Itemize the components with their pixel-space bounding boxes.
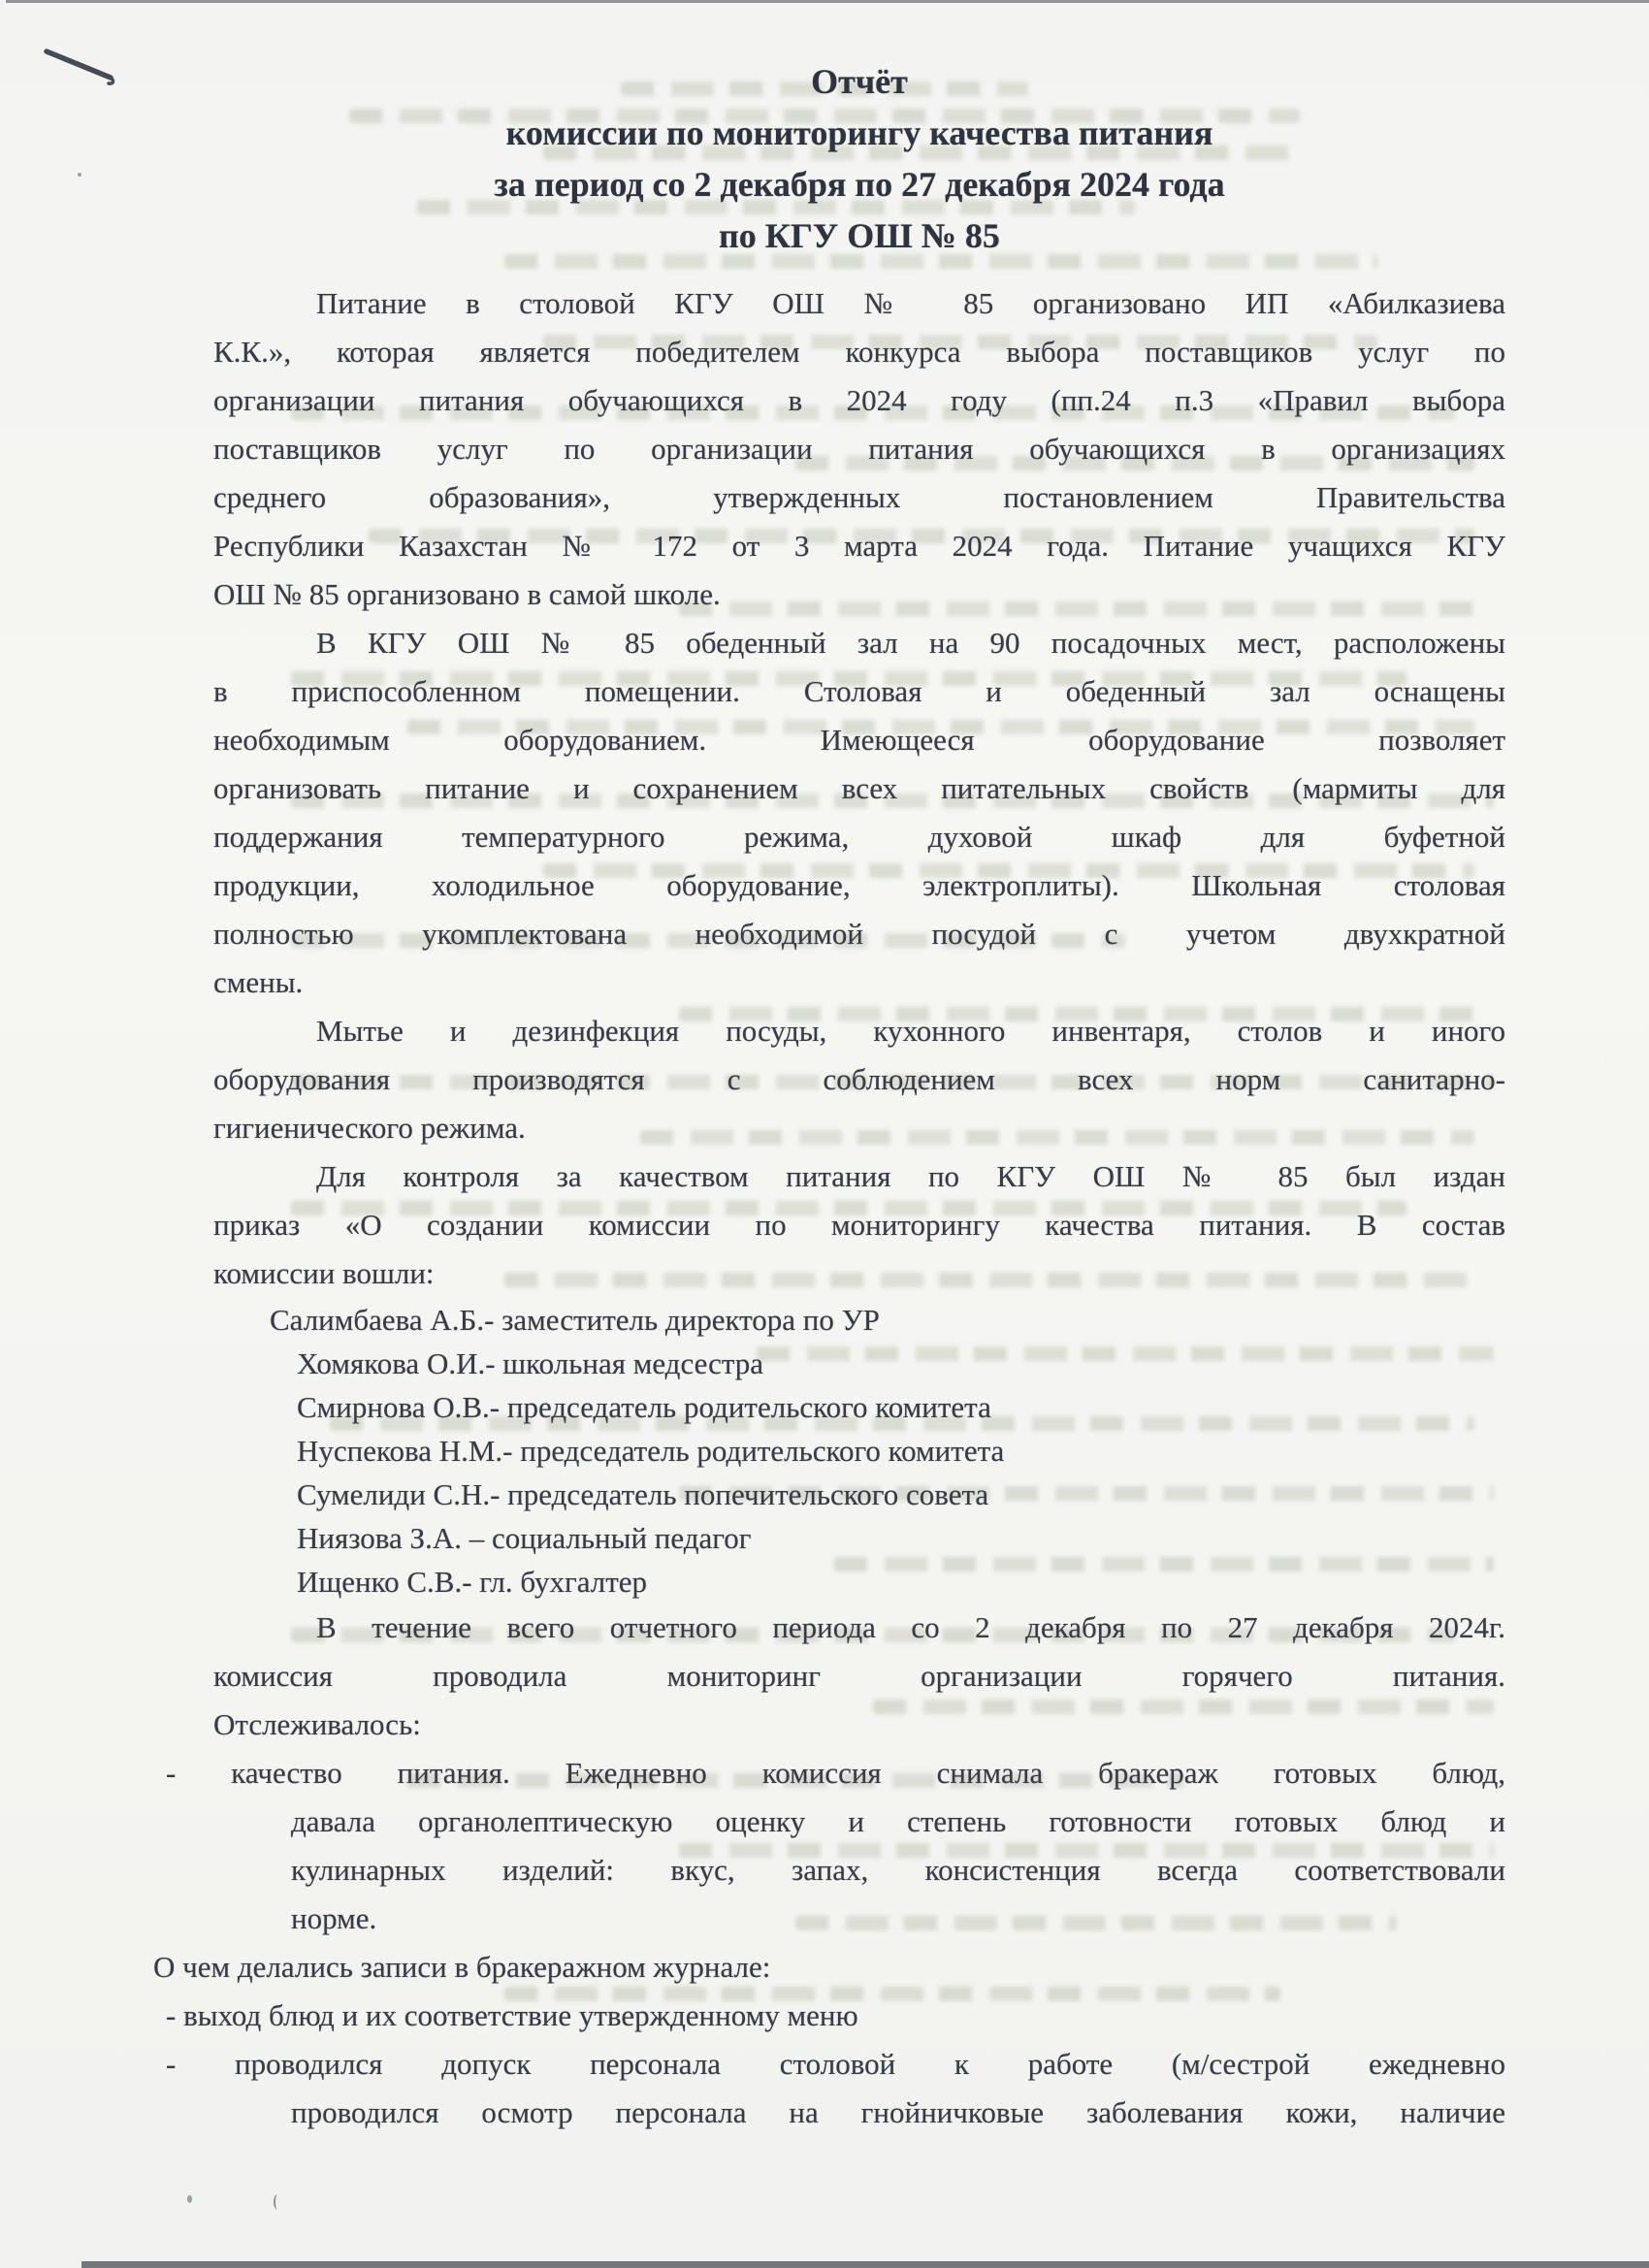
pen-stroke-mark (39, 43, 136, 101)
scan-speck (274, 2194, 281, 2210)
commission-member: Салимбаева А.Б.- заместитель директора п… (270, 1298, 1505, 1342)
text-line: - выход блюд и их соответствие утвержден… (166, 1992, 1505, 2040)
text-line: - проводился допуск персонала столовой к… (166, 2040, 1505, 2089)
scan-top-edge-artifact (6, 0, 1649, 3)
text-line: комиссия проводила мониторинг организаци… (213, 1652, 1505, 1701)
paragraph-food-organization: Питание в столовой КГУ ОШ № 85 организов… (213, 279, 1505, 619)
report-title-line: комиссии по мониторингу качества питания (213, 108, 1505, 159)
report-title: Отчёткомиссии по мониторингу качества пи… (213, 56, 1505, 262)
text-line: оборудования производятся с соблюдением … (213, 1055, 1505, 1104)
scan-bottom-edge-artifact (81, 2261, 1649, 2268)
text-line: организации питания обучающихся в 2024 г… (213, 376, 1505, 425)
scan-speck (78, 173, 81, 177)
text-line: кулинарных изделий: вкус, запах, консист… (291, 1846, 1505, 1895)
report-title-line: по КГУ ОШ № 85 (213, 211, 1505, 262)
text-line: приказ «О создании комиссии по мониторин… (213, 1201, 1505, 1249)
text-line: поддержания температурного режима, духов… (213, 813, 1505, 861)
text-line: В КГУ ОШ № 85 обеденный зал на 90 посадо… (213, 619, 1505, 667)
text-line: проводился осмотр персонала на гнойничко… (291, 2089, 1505, 2137)
commission-member: Сумелиди С.Н.- председатель попечительск… (297, 1473, 1505, 1516)
document-content: Отчёткомиссии по мониторингу качества пи… (213, 56, 1505, 2137)
text-line: Питание в столовой КГУ ОШ № 85 организов… (213, 279, 1505, 328)
commission-member: Нуспекова Н.М.- председатель родительско… (297, 1429, 1505, 1473)
scan-speck (187, 2195, 192, 2203)
text-line: в приспособленном помещении. Столовая и … (213, 667, 1505, 716)
text-line: норме. (291, 1895, 1505, 1943)
journal-heading: О чем делались записи в бракеражном журн… (153, 1943, 1505, 1992)
text-line: гигиенического режима. (213, 1104, 1505, 1152)
text-line: Отслеживалось: (213, 1701, 1505, 1749)
text-line: - качество питания. Ежедневно комиссия с… (166, 1749, 1505, 1798)
commission-members-list: Салимбаева А.Б.- заместитель директора п… (213, 1298, 1505, 1604)
text-line: полностью укомплектована необходимой пос… (213, 910, 1505, 958)
text-line: организовать питание и сохранением всех … (213, 764, 1505, 813)
commission-member: Хомякова О.И.- школьная медсестра (297, 1342, 1505, 1385)
text-line: Мытье и дезинфекция посуды, кухонного ин… (213, 1007, 1505, 1055)
text-line: ОШ № 85 организовано в самой школе. (213, 570, 1505, 619)
bullet-staff-admission: - проводился допуск персонала столовой к… (213, 2040, 1505, 2137)
text-line: Республики Казахстан № 172 от 3 марта 20… (213, 522, 1505, 570)
report-title-line: за период со 2 декабря по 27 декабря 202… (213, 159, 1505, 211)
text-line: смены. (213, 958, 1505, 1007)
text-line: среднего образования», утвержденных пост… (213, 473, 1505, 522)
text-line: продукции, холодильное оборудование, эле… (213, 861, 1505, 910)
text-line: В течение всего отчетного периода со 2 д… (213, 1604, 1505, 1652)
paragraph-commission-order: Для контроля за качеством питания по КГУ… (213, 1152, 1505, 1298)
paragraph-sanitation: Мытье и дезинфекция посуды, кухонного ин… (213, 1007, 1505, 1152)
text-line: Для контроля за качеством питания по КГУ… (213, 1152, 1505, 1201)
text-line: К.К.», которая является победителем конк… (213, 328, 1505, 376)
bullet-food-quality: - качество питания. Ежедневно комиссия с… (213, 1749, 1505, 1943)
text-line: комиссии вошли: (213, 1249, 1505, 1298)
text-line: поставщиков услуг по организации питания… (213, 425, 1505, 473)
report-title-line: Отчёт (213, 56, 1505, 108)
bullet-dish-output: - выход блюд и их соответствие утвержден… (213, 1992, 1505, 2040)
paragraph-monitoring-period: В течение всего отчетного периода со 2 д… (213, 1604, 1505, 1749)
commission-member: Смирнова О.В.- председатель родительског… (297, 1385, 1505, 1429)
commission-member: Ниязова З.А. – социальный педагог (297, 1516, 1505, 1560)
scanned-report-page: Отчёткомиссии по мониторингу качества пи… (0, 0, 1649, 2268)
text-line: давала органолептическую оценку и степен… (291, 1798, 1505, 1846)
text-line: необходимым оборудованием. Имеющееся обо… (213, 716, 1505, 764)
commission-member: Ищенко С.В.- гл. бухгалтер (297, 1560, 1505, 1604)
paragraph-dining-hall: В КГУ ОШ № 85 обеденный зал на 90 посадо… (213, 619, 1505, 1007)
